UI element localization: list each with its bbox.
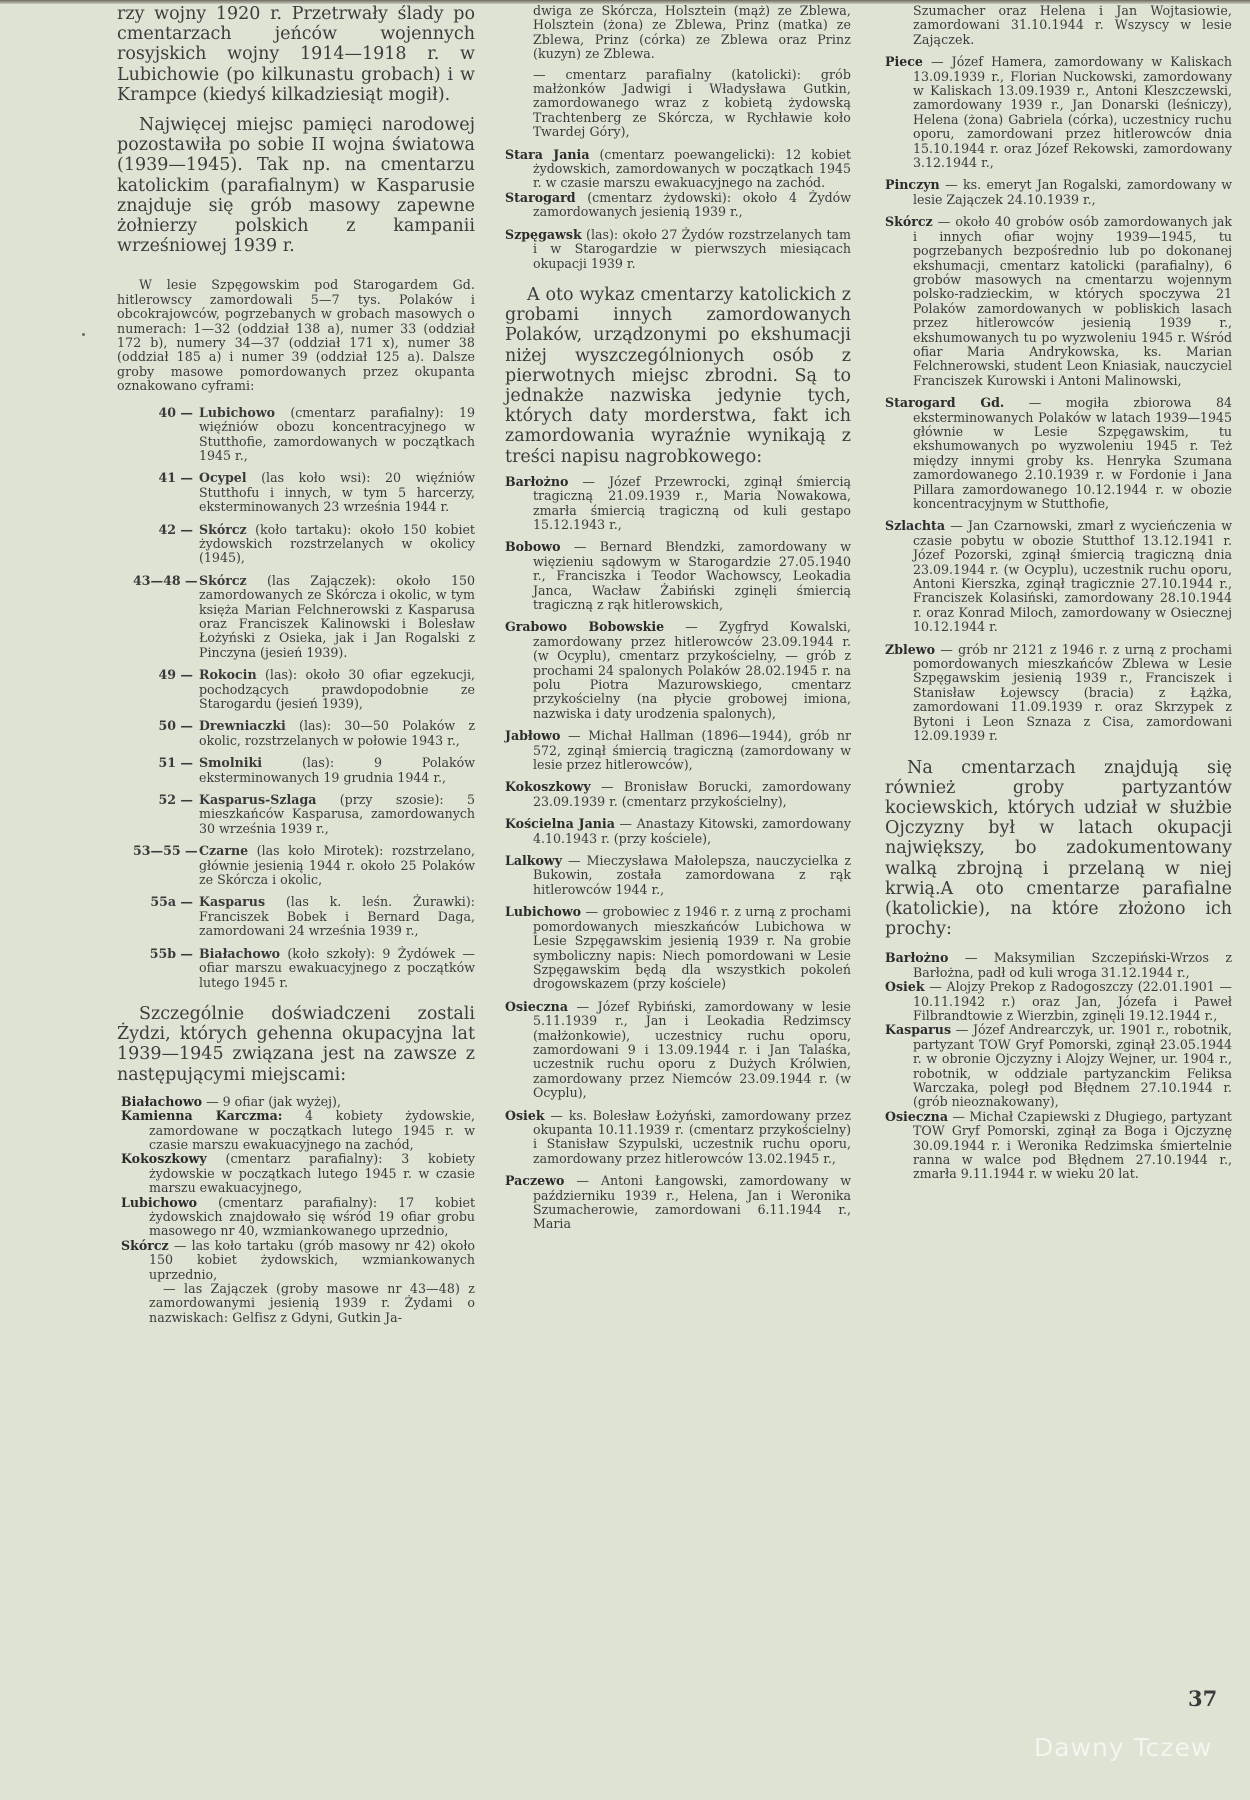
grave-entry: 50 —Drewniaczki (las): 30—50 Polaków z o… bbox=[133, 719, 475, 748]
place-entry: Skórcz — około 40 grobów osób zamordowan… bbox=[885, 215, 1232, 388]
partisan-graves-list: Barłożno — Maksymilian Szczepiński-Wrzos… bbox=[885, 951, 1232, 1182]
place-entry: Starogard Gd. — mogiła zbiorowa 84 ekste… bbox=[885, 396, 1232, 511]
place-entry: Osieczna — Michał Czapiewski z Długiego,… bbox=[885, 1110, 1232, 1182]
paragraph-catholic-cemeteries: A oto wykaz cmentarzy katolickich z grob… bbox=[505, 285, 851, 467]
place-entry: Białachowo — 9 ofiar (jak wyżej), bbox=[121, 1095, 475, 1109]
place-entry: Barłożno — Józef Przewrocki, zginął śmie… bbox=[505, 475, 851, 533]
place-entry: Paczewo — Antoni Łangowski, zamordowany … bbox=[505, 1174, 851, 1232]
grave-entry: 42 —Skórcz (koło tartaku): około 150 kob… bbox=[133, 523, 475, 566]
place-name: Białachowo bbox=[121, 1094, 202, 1109]
place-name: Lubichowo bbox=[505, 904, 581, 919]
page-number: 37 bbox=[1188, 1686, 1217, 1711]
paragraph-ww2: Najwięcej miejsc pamięci narodowej pozos… bbox=[117, 115, 475, 256]
grave-entry: 43—48 —Skórcz (las Zajączek): około 150 … bbox=[133, 574, 475, 660]
place-name: Starogard bbox=[505, 190, 576, 205]
grave-entry: 53—55 —Czarne (las koło Mirotek): rozstr… bbox=[133, 844, 475, 887]
place-name: Barłożno bbox=[505, 474, 568, 489]
place-name: Skórcz bbox=[199, 522, 247, 537]
watermark: Dawny Tczew bbox=[1034, 1733, 1212, 1762]
place-entry: Szpęgawsk (las): około 27 Żydów rozstrze… bbox=[505, 228, 851, 271]
place-entry: Szlachta — Jan Czarnowski, zmarł z wycie… bbox=[885, 519, 1232, 634]
place-name: Osieczna bbox=[505, 999, 568, 1014]
catholic-cemeteries-list: Barłożno — Józef Przewrocki, zginął śmie… bbox=[505, 475, 851, 1232]
place-name: Bobowo bbox=[505, 539, 561, 554]
place-name: Lubichowo bbox=[199, 405, 275, 420]
place-name: Osiek bbox=[505, 1108, 545, 1123]
place-name: Kasparus bbox=[885, 1022, 951, 1037]
place-name: Starogard Gd. bbox=[885, 395, 1004, 410]
paragraph-names-continued: dwiga ze Skórcza, Holsztein (mąż) ze Zbl… bbox=[505, 4, 851, 62]
column-middle: dwiga ze Skórcza, Holsztein (mąż) ze Zbl… bbox=[505, 4, 851, 1232]
paragraph-partisans: Na cmentarzach znajdują się również grob… bbox=[885, 758, 1232, 940]
place-name: Szpęgawsk bbox=[505, 227, 582, 242]
place-entry: Kokoszkowy (cmentarz parafialny): 3 kobi… bbox=[121, 1152, 475, 1195]
mass-graves-list: 40 —Lubichowo (cmentarz parafialny): 19 … bbox=[117, 406, 475, 990]
grave-entry: 41 —Ocypel (las koło wsi): 20 więźniów S… bbox=[133, 471, 475, 514]
place-entry: Pinczyn — ks. emeryt Jan Rogalski, zamor… bbox=[885, 178, 1232, 207]
place-entry: Stara Jania (cmentarz poewangelicki): 12… bbox=[505, 148, 851, 191]
place-name: Kokoszkowy bbox=[505, 779, 591, 794]
place-entry: Osiek — ks. Bolesław Łożyński, zamordowa… bbox=[505, 1109, 851, 1167]
grave-number: 50 — bbox=[133, 719, 199, 748]
place-entry: Grabowo Bobowskie — Zygfryd Kowalski, za… bbox=[505, 620, 851, 721]
paragraph-szpegawsk-forest: W lesie Szpęgowskim pod Starogardem Gd. … bbox=[117, 278, 475, 393]
place-name: Rokocin bbox=[199, 667, 257, 682]
place-name: Szlachta bbox=[885, 518, 945, 533]
szpegawsk-entry: Szpęgawsk (las): około 27 Żydów rozstrze… bbox=[505, 228, 851, 271]
place-entry: Kościelna Jania — Anastazy Kitowski, zam… bbox=[505, 817, 851, 846]
grave-number: 55b — bbox=[133, 947, 199, 990]
place-name: Drewniaczki bbox=[199, 718, 286, 733]
paragraph-parish-cemetery: — cmentarz parafialny (katolicki): grób … bbox=[505, 68, 851, 140]
place-name: Grabowo Bobowskie bbox=[505, 619, 664, 634]
jewish-sites-list-continued: Stara Jania (cmentarz poewangelicki): 12… bbox=[505, 148, 851, 220]
paragraph-jews: Szczególnie doświadczeni zostali Żydzi, … bbox=[117, 1004, 475, 1085]
place-entry: Lubichowo (cmentarz parafialny): 17 kobi… bbox=[121, 1196, 475, 1239]
place-entry: Osieczna — Józef Rybiński, zamordowany w… bbox=[505, 1000, 851, 1101]
place-name: Kokoszkowy bbox=[121, 1151, 207, 1166]
place-name: Kościelna Jania bbox=[505, 816, 615, 831]
paragraph-szumacher-continued: Szumacher oraz Helena i Jan Wojtasiowie,… bbox=[885, 4, 1232, 47]
grave-entry: 40 —Lubichowo (cmentarz parafialny): 19 … bbox=[133, 406, 475, 464]
place-entry: Lalkowy — Mieczysława Małolepsza, nauczy… bbox=[505, 854, 851, 897]
place-name: Zblewo bbox=[885, 642, 935, 657]
grave-number: 42 — bbox=[133, 523, 199, 566]
place-entry: Zblewo — grób nr 2121 z 1946 r. z urną z… bbox=[885, 643, 1232, 744]
place-entry: Starogard (cmentarz żydowski): około 4 Ż… bbox=[505, 191, 851, 220]
place-entry: Barłożno — Maksymilian Szczepiński-Wrzos… bbox=[885, 951, 1232, 980]
grave-number: 52 — bbox=[133, 793, 199, 836]
print-speck bbox=[82, 333, 85, 336]
column-right: Szumacher oraz Helena i Jan Wojtasiowie,… bbox=[885, 4, 1232, 1182]
paragraph-zajaczek: — las Zajączek (groby masowe nr 43—48) z… bbox=[117, 1282, 475, 1325]
column-left: rzy wojny 1920 r. Przetrwały ślady po cm… bbox=[117, 4, 475, 1325]
place-name: Osieczna bbox=[885, 1109, 948, 1124]
grave-number: 49 — bbox=[133, 668, 199, 711]
place-name: Czarne bbox=[199, 843, 248, 858]
jewish-sites-list: Białachowo — 9 ofiar (jak wyżej),Kamienn… bbox=[117, 1095, 475, 1282]
grave-entry: 51 —Smolniki (las): 9 Polaków ekstermino… bbox=[133, 756, 475, 785]
place-entry: Piece — Józef Hamera, zamordowany w Kali… bbox=[885, 55, 1232, 170]
place-name: Białachowo bbox=[199, 946, 280, 961]
place-entry: Lubichowo — grobowiec z 1946 r. z urną z… bbox=[505, 905, 851, 991]
place-name: Kasparus bbox=[199, 894, 265, 909]
place-name: Piece bbox=[885, 54, 923, 69]
grave-entry: 55a —Kasparus (las k. leśn. Żurawki): Fr… bbox=[133, 895, 475, 938]
place-name: Osiek bbox=[885, 979, 925, 994]
place-name: Jabłowo bbox=[505, 728, 560, 743]
grave-entry: 52 —Kasparus-Szlaga (przy szosie): 5 mie… bbox=[133, 793, 475, 836]
place-name: Barłożno bbox=[885, 950, 948, 965]
place-name: Lalkowy bbox=[505, 853, 562, 868]
grave-number: 55a — bbox=[133, 895, 199, 938]
place-name: Skórcz bbox=[885, 214, 933, 229]
place-entry: Kokoszkowy — Bronisław Borucki, zamordow… bbox=[505, 780, 851, 809]
place-name: Paczewo bbox=[505, 1173, 564, 1188]
place-entry: Kamienna Karczma: 4 kobiety żydowskie, z… bbox=[121, 1109, 475, 1152]
place-entry: Osiek — Alojzy Prekop z Radogoszczy (22.… bbox=[885, 980, 1232, 1023]
paragraph-intro-continued: rzy wojny 1920 r. Przetrwały ślady po cm… bbox=[117, 4, 475, 105]
place-name: Kamienna Karczma: bbox=[121, 1108, 282, 1123]
place-name: Pinczyn bbox=[885, 177, 940, 192]
place-name: Ocypel bbox=[199, 470, 247, 485]
grave-number: 40 — bbox=[133, 406, 199, 464]
catholic-cemeteries-list-continued: Piece — Józef Hamera, zamordowany w Kali… bbox=[885, 55, 1232, 743]
grave-number: 53—55 — bbox=[133, 844, 199, 887]
place-entry: Jabłowo — Michał Hallman (1896—1944), gr… bbox=[505, 729, 851, 772]
grave-entry: 55b —Białachowo (koło szkoły): 9 Żydówek… bbox=[133, 947, 475, 990]
place-entry: Skórcz — las koło tartaku (grób masowy n… bbox=[121, 1239, 475, 1282]
place-name: Kasparus-Szlaga bbox=[199, 792, 316, 807]
place-name: Skórcz bbox=[199, 573, 247, 588]
grave-number: 41 — bbox=[133, 471, 199, 514]
place-name: Lubichowo bbox=[121, 1195, 197, 1210]
place-name: Stara Jania bbox=[505, 147, 589, 162]
grave-entry: 49 —Rokocin (las): około 30 ofiar egzeku… bbox=[133, 668, 475, 711]
place-entry: Bobowo — Bernard Błendzki, zamordowany w… bbox=[505, 540, 851, 612]
grave-number: 43—48 — bbox=[133, 574, 199, 660]
place-name: Smolniki bbox=[199, 755, 262, 770]
place-entry: Kasparus — Józef Andrearczyk, ur. 1901 r… bbox=[885, 1023, 1232, 1109]
place-name: Skórcz bbox=[121, 1238, 169, 1253]
grave-number: 51 — bbox=[133, 756, 199, 785]
